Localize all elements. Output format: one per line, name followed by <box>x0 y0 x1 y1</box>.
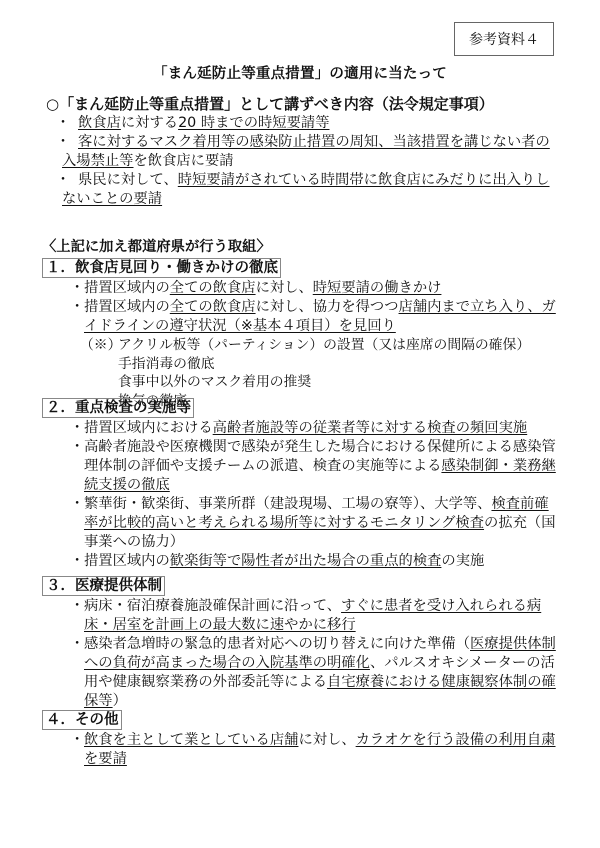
document-title: 「まん延防止等重点措置」の適用に当たって <box>0 62 600 83</box>
section-item: ・措置区域内の全ての飲食店に対し、時短要請の働きかけ <box>48 279 558 298</box>
section-4: ４．その他・飲食を主として業としている店舗に対し、カラオケを行う設備の利用自粛を… <box>48 710 558 769</box>
bullet: ・ <box>48 171 78 190</box>
text: に対し、 <box>298 732 355 748</box>
text: 措置区域内の <box>84 299 170 315</box>
underlined-text: 時短要請の働きかけ <box>313 280 442 296</box>
section-item: ・高齢者施設や医療機関で感染が発生した場合における保健所による感染管理体制の評価… <box>48 438 558 495</box>
text: に対し、協力を得つつ <box>256 299 399 315</box>
section-2: ２．重点検査の実施等・措置区域内における高齢者施設等の従業者等に対する検査の頻回… <box>48 398 558 571</box>
underlined-text: 歓楽街等で陽性者が出た場合の重点的検査 <box>170 553 442 569</box>
bullet: ・ <box>70 298 84 317</box>
legal-requirements-section: ○「まん延防止等重点措置」として講ずべき内容（法令規定事項） ・飲食店に対する2… <box>48 95 558 209</box>
bullet: ・ <box>70 635 84 654</box>
section-item: ・飲食を主として業としている店舗に対し、カラオケを行う設備の利用自粛を要請 <box>48 731 558 769</box>
section-item: ・繁華街・歓楽街、事業所群（建設現場、工場の寮等）、大学等、検査前確率が比較的高… <box>48 495 558 552</box>
underlined-text: 20 時までの時短要請等 <box>178 115 329 131</box>
bullet: ・ <box>48 114 78 133</box>
legal-heading: ○「まん延防止等重点措置」として講ずべき内容（法令規定事項） <box>46 95 558 114</box>
underlined-text: 全ての飲食店 <box>170 299 256 315</box>
note-line: アクリル板等（パーティション）の設置（又は座席の間隔の確保） <box>80 336 558 355</box>
legal-items: ・飲食店に対する20 時までの時短要請等・客に対するマスク着用等の感染防止措置の… <box>48 114 558 209</box>
section-heading: ３．医療提供体制 <box>42 576 165 596</box>
section-1: １．飲食店見回り・働きかけの徹底・措置区域内の全ての飲食店に対し、時短要請の働き… <box>48 258 558 410</box>
section-item: ・感染者急増時の緊急的患者対応への切り替えに向けた準備（医療提供体制への負荷が高… <box>48 635 558 711</box>
section-item: ・措置区域内の全ての飲食店に対し、協力を得つつ店舗内まで立ち入り、ガイドラインの… <box>48 298 558 336</box>
section-heading-row: ４．その他 <box>48 710 558 730</box>
bullet: ・ <box>70 438 84 457</box>
bullet: ・ <box>70 731 84 750</box>
text: の実施 <box>441 553 484 569</box>
section-heading-row: １．飲食店見回り・働きかけの徹底 <box>48 258 558 278</box>
section-3: ３．医療提供体制・病床・宿泊療養施設確保計画に沿って、すぐに患者を受け入れられる… <box>48 576 558 711</box>
section-heading-row: ２．重点検査の実施等 <box>48 398 558 418</box>
section-heading: ２．重点検査の実施等 <box>42 398 194 418</box>
section-item: ・措置区域内の歓楽街等で陽性者が出た場合の重点的検査の実施 <box>48 552 558 571</box>
reference-label-text: 参考資料４ <box>469 29 539 49</box>
text: 措置区域内の <box>84 553 170 569</box>
text: 措置区域内の <box>84 280 170 296</box>
reference-label: 参考資料４ <box>454 22 554 56</box>
text: を飲食店に要請 <box>133 153 233 169</box>
text: ） <box>113 693 127 709</box>
bullet: ・ <box>70 279 84 298</box>
legal-item: ・県民に対して、時短要請がされている時間帯に飲食店にみだりに出入りしないことの要… <box>48 171 558 209</box>
prefecture-heading: 〈上記に加え都道府県が行う取組〉 <box>42 238 558 257</box>
section-heading: １．飲食店見回り・働きかけの徹底 <box>42 258 281 278</box>
bullet: ・ <box>70 597 84 616</box>
underlined-text: 高齢者施設等の従業者等に対する検査の頻回実施 <box>213 420 528 436</box>
underlined-text: 飲食を主として業としている店舗 <box>84 732 298 748</box>
section-item: ・病床・宿泊療養施設確保計画に沿って、すぐに患者を受け入れられる病床・居室を計画… <box>48 597 558 635</box>
text: 感染者急増時の緊急的患者対応への切り替えに向けた準備（ <box>84 636 470 652</box>
note-line: 食事中以外のマスク着用の推奨 <box>80 373 558 392</box>
underlined-text: 飲食店 <box>78 115 121 131</box>
text: 措置区域内における <box>84 420 213 436</box>
text: に対し、 <box>256 280 313 296</box>
prefecture-actions-section: 〈上記に加え都道府県が行う取組〉 <box>48 238 558 257</box>
section-heading-row: ３．医療提供体制 <box>48 576 558 596</box>
bullet: ・ <box>70 419 84 438</box>
text: 県民に対して、 <box>78 172 178 188</box>
bullet: ・ <box>48 133 78 152</box>
legal-item: ・飲食店に対する20 時までの時短要請等 <box>48 114 558 133</box>
bullet: ・ <box>70 495 84 514</box>
note-line: 手指消毒の徹底 <box>80 355 558 374</box>
bullet: ・ <box>70 552 84 571</box>
underlined-text: 全ての飲食店 <box>170 280 256 296</box>
text: に対する <box>121 115 178 131</box>
section-heading: ４．その他 <box>42 710 122 730</box>
text: 繁華街・歓楽街、事業所群（建設現場、工場の寮等）、大学等、 <box>84 496 491 512</box>
legal-item: ・客に対するマスク着用等の感染防止措置の周知、当該措置を講じない者の入場禁止等を… <box>48 133 558 171</box>
section-item: ・措置区域内における高齢者施設等の従業者等に対する検査の頻回実施 <box>48 419 558 438</box>
note-marker: （※） <box>80 336 121 355</box>
text: 病床・宿泊療養施設確保計画に沿って、 <box>84 598 341 614</box>
